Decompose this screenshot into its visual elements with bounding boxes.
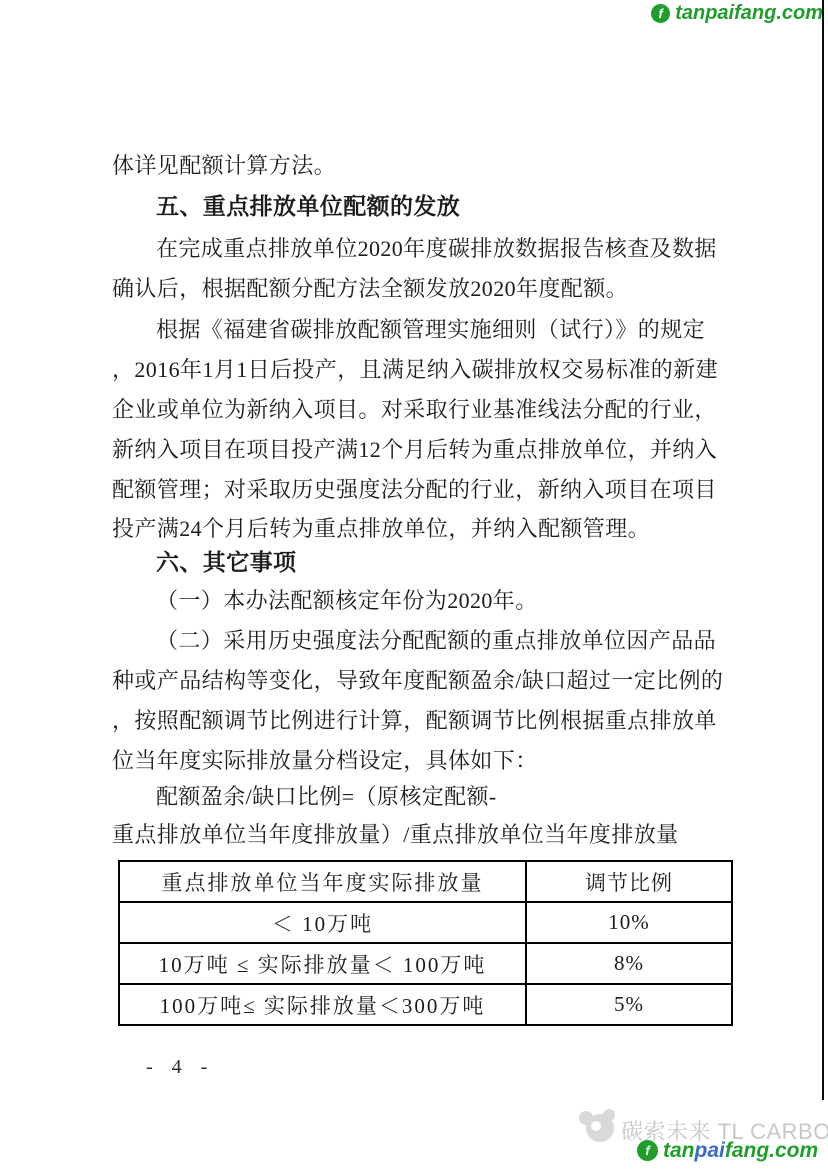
doc-line: 在完成重点排放单位2020年度碳排放数据报告核查及数据 (156, 236, 772, 262)
tanpaifang-badge-icon: f (637, 1140, 658, 1161)
tl-carbon-logo-icon (575, 1106, 619, 1146)
doc-line: （一）本办法配额核定年份为2020年。 (156, 588, 772, 614)
table-cell-range: 10万吨 ≤ 实际排放量＜ 100万吨 (119, 943, 526, 984)
doc-line: 投产满24个月后转为重点排放单位，并纳入配额管理。 (112, 516, 728, 542)
document-page: f tanpaifang.com 体详见配额计算方法。 五、重点排放单位配额的发… (0, 0, 828, 1169)
tanpaifang-top-watermark: f tanpaifang.com (651, 2, 823, 25)
table-header-ratio: 调节比例 (526, 861, 732, 902)
formula-line: 配额盈余/缺口比例=（原核定配额- (156, 784, 772, 810)
table-header-row: 重点排放单位当年度实际排放量 调节比例 (119, 861, 732, 902)
doc-line: 配额管理；对采取历史强度法分配的行业，新纳入项目在项目 (112, 477, 728, 503)
doc-line: 根据《福建省碳排放配额管理实施细则（试行）》的规定 (156, 317, 772, 343)
site-part-pai: pai (695, 1139, 725, 1162)
table-cell-range: ＜ 10万吨 (119, 902, 526, 943)
doc-line: 新纳入项目在项目投产满12个月后转为重点排放单位，并纳入 (112, 437, 728, 463)
site-part-tan: tan (663, 1139, 695, 1162)
table-header-emissions: 重点排放单位当年度实际排放量 (119, 861, 526, 902)
scan-edge-line (822, 0, 824, 1100)
formula-line: 重点排放单位当年度排放量）/重点排放单位当年度排放量 (112, 822, 728, 848)
doc-line: ，2016年1月1日后投产，且满足纳入碳排放权交易标准的新建 (112, 357, 728, 383)
doc-line: 种或产品结构等变化，导致年度配额盈余/缺口超过一定比例的 (112, 668, 728, 694)
section-heading-6: 六、其它事项 (156, 550, 772, 576)
table-row: 10万吨 ≤ 实际排放量＜ 100万吨 8% (119, 943, 732, 984)
page-number: - 4 - (146, 1056, 214, 1079)
table-row: 100万吨≤ 实际排放量＜300万吨 5% (119, 984, 732, 1025)
doc-line: ，按照配额调节比例进行计算，配额调节比例根据重点排放单 (112, 708, 728, 734)
table-cell-range: 100万吨≤ 实际排放量＜300万吨 (119, 984, 526, 1025)
table-row: ＜ 10万吨 10% (119, 902, 732, 943)
quota-adjustment-table: 重点排放单位当年度实际排放量 调节比例 ＜ 10万吨 10% 10万吨 ≤ 实际… (118, 860, 733, 1026)
tanpaifang-badge-icon: f (651, 4, 670, 23)
section-heading-5: 五、重点排放单位配额的发放 (156, 194, 772, 220)
doc-line: 位当年度实际排放量分档设定，具体如下： (112, 748, 728, 774)
doc-line: 确认后，根据配额分配方法全额发放2020年度配额。 (112, 276, 728, 302)
doc-line: 体详见配额计算方法。 (112, 153, 728, 179)
doc-line: （二）采用历史强度法分配配额的重点排放单位因产品品 (156, 628, 772, 654)
table-cell-ratio: 5% (526, 984, 732, 1025)
table-cell-ratio: 8% (526, 943, 732, 984)
doc-line: 企业或单位为新纳入项目。对采取行业基准线法分配的行业， (112, 397, 728, 423)
site-part-fang: fang.com (725, 1139, 818, 1162)
table-cell-ratio: 10% (526, 902, 732, 943)
tanpaifang-bottom-watermark: 碳索未来 TL CARBON f tanpaifang.com (575, 1102, 828, 1166)
tanpaifang-site-link[interactable]: tanpaifang.com (663, 1139, 818, 1163)
tanpaifang-site-link[interactable]: tanpaifang.com (675, 2, 823, 25)
